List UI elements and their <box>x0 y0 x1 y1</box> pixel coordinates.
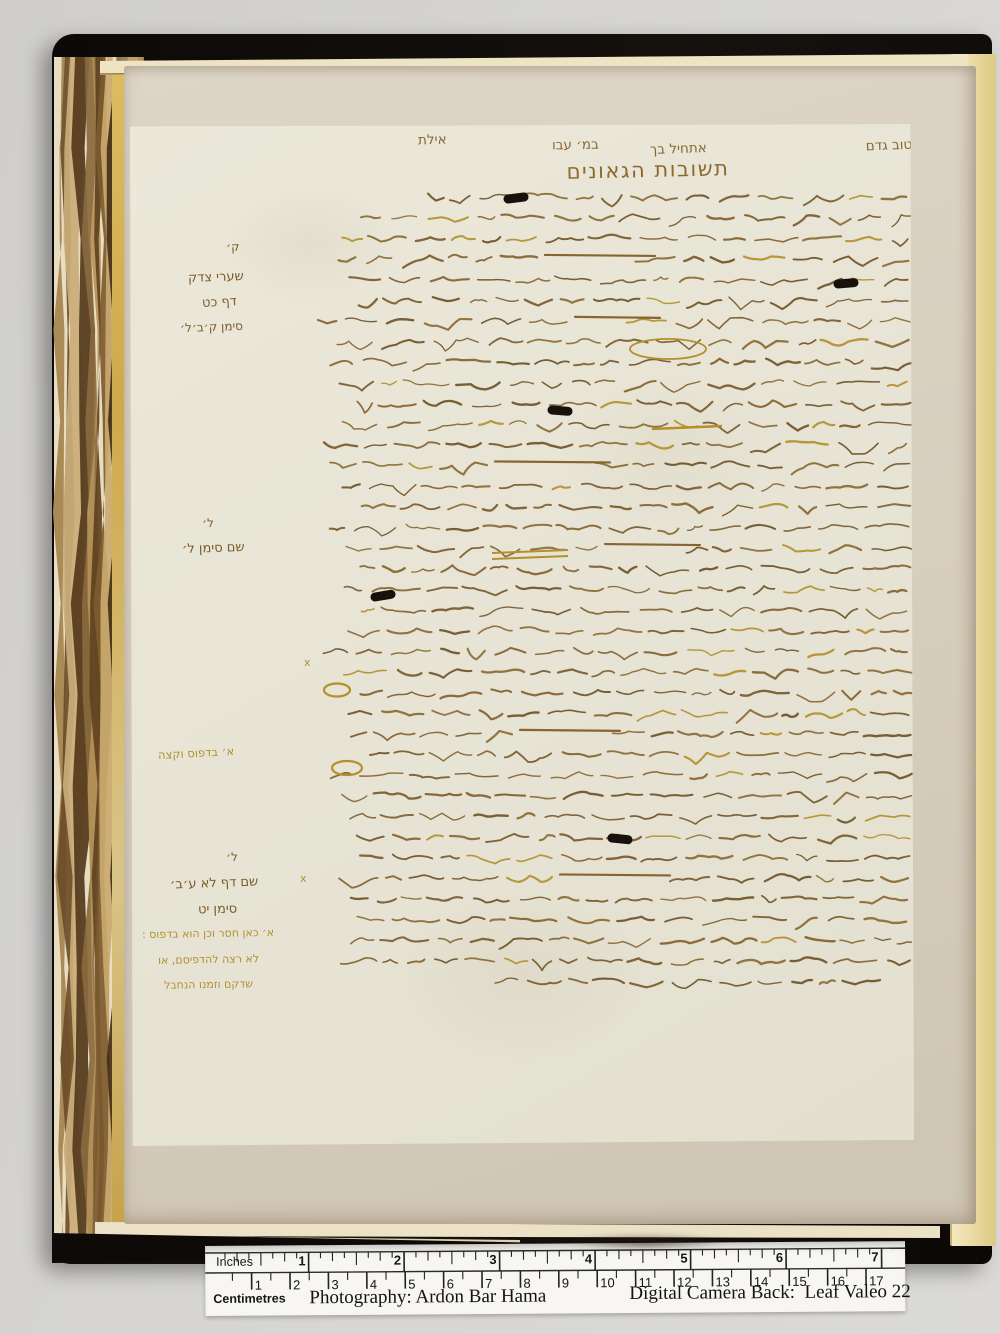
margin-note: שערי צדק <box>188 269 244 286</box>
margin-note: ל׳ <box>226 850 238 864</box>
ruler-card: Inches 12345671234567891011121314151617 … <box>205 1241 905 1316</box>
margin-note: ל׳ <box>202 516 214 530</box>
book-shadow-smudge <box>566 1234 726 1250</box>
photograph-of-manuscript: אילת במ׳ עבו אתחיל בך בטוב גדם תשובות הג… <box>0 0 1000 1334</box>
margin-note: א׳ כאן חסר וכן הוא בדפוס : <box>142 926 274 941</box>
svg-text:3: 3 <box>489 1252 496 1267</box>
manuscript-leaf: אילת במ׳ עבו אתחיל בך בטוב גדם תשובות הג… <box>130 124 914 1146</box>
svg-text:7: 7 <box>871 1249 878 1264</box>
margin-note: שם דף לא ע׳ב׳ <box>170 874 259 892</box>
margin-note: לא רצה להדפיסם, או <box>158 952 259 967</box>
photography-credit: Photography: Ardon Bar Hama <box>309 1286 546 1310</box>
manuscript-body-text <box>130 124 914 1146</box>
camera-back-credit: Digital Camera Back: Leaf Valeo 22 <box>629 1281 911 1305</box>
svg-text:4: 4 <box>585 1251 593 1266</box>
margin-note: ק׳ <box>226 240 240 255</box>
margin-note: שם סימן ל׳ <box>182 540 245 557</box>
centimetres-label: Centimetres <box>213 1291 285 1306</box>
svg-text:1: 1 <box>255 1278 262 1293</box>
svg-text:6: 6 <box>776 1250 783 1265</box>
margin-note: סימן יט <box>198 902 237 918</box>
margin-note: x <box>304 656 311 669</box>
svg-text:9: 9 <box>562 1275 569 1290</box>
svg-text:5: 5 <box>680 1251 687 1266</box>
margin-note: סימן ק׳ב׳ל׳ <box>180 319 243 335</box>
margin-note: שדקם וזמנו הנחבל <box>164 977 253 992</box>
margin-note: דף כט <box>202 294 238 311</box>
margin-note: x <box>300 872 307 885</box>
svg-text:10: 10 <box>600 1275 615 1290</box>
svg-text:2: 2 <box>293 1277 300 1292</box>
svg-text:1: 1 <box>298 1253 305 1268</box>
svg-text:2: 2 <box>394 1253 401 1268</box>
